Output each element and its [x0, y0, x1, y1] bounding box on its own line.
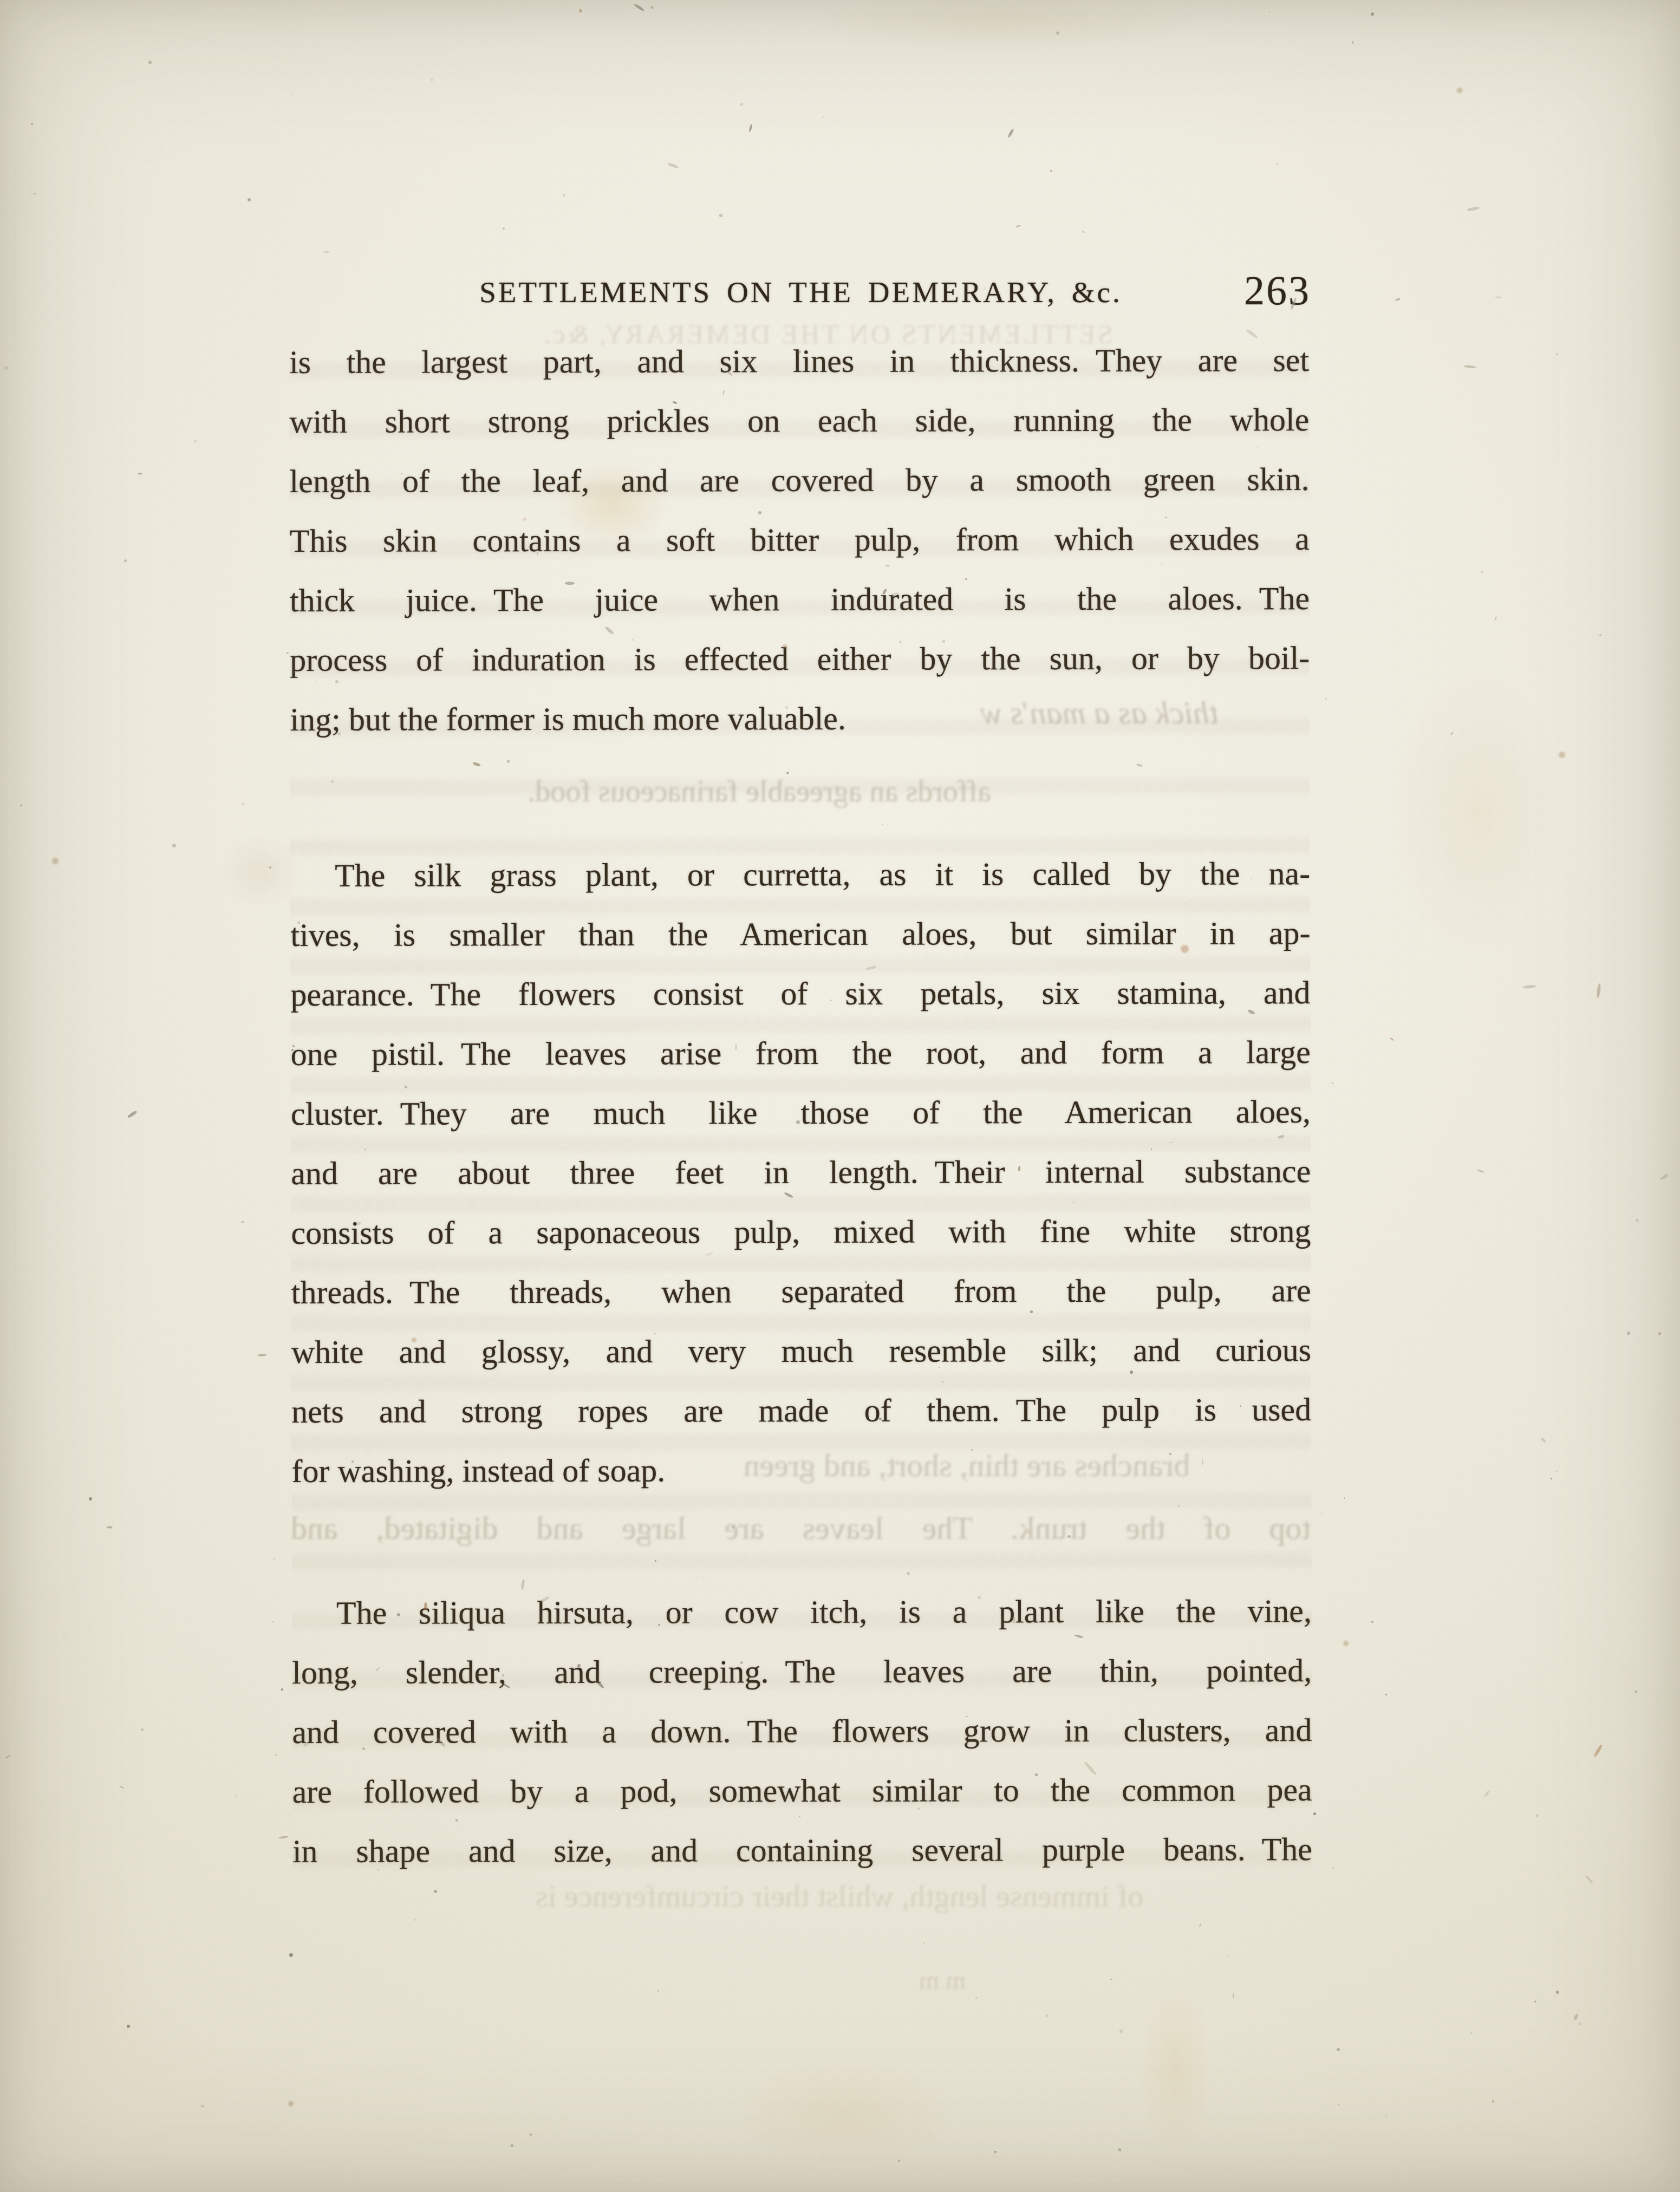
text-line: ing; but the former is much more valuabl…: [290, 688, 1310, 749]
paper-speck: [272, 310, 274, 311]
paper-speck: [563, 194, 565, 196]
paper-speck: [1050, 170, 1052, 172]
paper-speck: [740, 103, 743, 106]
paper-speck: [1233, 1993, 1234, 1999]
paper-speck: [1007, 128, 1015, 138]
paper-speck: [1495, 616, 1496, 620]
paper-speck: [1646, 132, 1647, 133]
paper-stain: [1365, 623, 1592, 1002]
paper-speck: [1579, 2023, 1581, 2025]
text-line: length of the leaf, and are covered by a…: [289, 449, 1309, 511]
foxing-spot: [288, 2101, 294, 2106]
paper-speck: [4, 366, 8, 369]
paper-speck: [291, 94, 292, 95]
paper-speck: [275, 1754, 276, 1756]
paper-speck: [975, 1997, 977, 1999]
paper-speck: [201, 2105, 204, 2108]
text-line: for washing, instead of soap.: [291, 1439, 1311, 1501]
paper-speck: [138, 473, 142, 474]
paper-speck: [1599, 634, 1601, 636]
paper-speck: [994, 2151, 997, 2154]
paper-speck: [1556, 1471, 1557, 1472]
paper-speck: [1395, 297, 1401, 302]
paper-speck: [1371, 1621, 1373, 1623]
paper-speck: [1119, 2030, 1123, 2033]
text-line: and are about three feet in length. Thei…: [291, 1141, 1311, 1203]
paper-speck: [1450, 732, 1453, 736]
paper-speck: [21, 805, 22, 806]
bleedthrough-text: of immense length, whilst their circumfe…: [395, 1878, 1284, 1914]
paper-speck: [1110, 1979, 1112, 1980]
paper-speck: [1523, 984, 1536, 989]
paper-speck: [1332, 1082, 1333, 1084]
paper-speck: [1385, 2115, 1387, 2117]
book-page-scan: SETTLEMENTS ON THE DEMERARY, &c.thick as…: [0, 0, 1680, 2192]
text-line: This skin contains a soft bitter pulp, f…: [290, 509, 1310, 571]
foxing-spot: [52, 858, 58, 864]
paper-speck: [286, 652, 289, 654]
paper-speck: [1636, 1219, 1638, 1221]
paper-speck: [1551, 1478, 1552, 1479]
paper-speck: [1593, 1744, 1603, 1758]
paper-speck: [1332, 1867, 1334, 1869]
paper-speck: [1344, 1497, 1345, 1499]
paper-speck: [31, 123, 33, 125]
paper-speck: [1467, 206, 1480, 212]
paper-speck: [1596, 983, 1601, 998]
paper-speck: [511, 2144, 513, 2147]
paper-speck: [1199, 1923, 1202, 1927]
paper-speck: [242, 804, 244, 805]
paper-speck: [898, 2160, 900, 2162]
paper-speck: [273, 1558, 276, 1560]
paper-speck: [605, 88, 607, 89]
running-head: SETTLEMENTS ON THE DEMERARY, &c. 263: [291, 275, 1311, 324]
paper-speck: [822, 116, 824, 119]
paper-speck: [1056, 31, 1059, 35]
paper-speck: [1561, 1265, 1562, 1266]
paper-speck: [278, 1836, 289, 1839]
paper-speck: [248, 198, 251, 201]
paper-speck: [579, 9, 582, 12]
paper-speck: [172, 844, 175, 847]
paper-speck: [323, 251, 330, 253]
paper-speck: [657, 1990, 659, 1992]
paper-speck: [1492, 2100, 1494, 2102]
paper-speck: [1470, 2032, 1473, 2034]
paper-speck: [1320, 1512, 1324, 1514]
paper-speck: [241, 1221, 244, 1223]
paragraph-1: is the largest part, and six lines in th…: [289, 330, 1310, 749]
paper-speck: [1385, 1694, 1387, 1695]
paragraph-3: The siliqua hirsuta, or cow itch, is a p…: [292, 1581, 1312, 1881]
text-line: in shape and size, and containing severa…: [292, 1819, 1312, 1881]
paper-speck: [667, 162, 679, 169]
paper-speck: [748, 124, 753, 132]
paper-speck: [5, 1755, 11, 1759]
paper-speck: [89, 1497, 92, 1501]
paper-speck: [503, 227, 505, 230]
bleedthrough-text: m m: [888, 1966, 997, 1995]
foxing-spot: [1457, 88, 1462, 93]
paper-speck: [650, 5, 654, 10]
paper-speck: [1276, 163, 1278, 165]
paper-speck: [1536, 1815, 1538, 1817]
paper-speck: [1556, 1991, 1559, 1993]
paper-speck: [269, 866, 271, 869]
page-number: 263: [1244, 268, 1311, 315]
paper-speck: [1313, 1812, 1316, 1815]
paper-speck: [1325, 698, 1327, 700]
paper-speck: [1464, 364, 1476, 368]
paper-speck: [1226, 2109, 1227, 2110]
text-line: process of induration is effected either…: [290, 628, 1310, 690]
running-title: SETTLEMENTS ON THE DEMERARY, &c.: [291, 275, 1311, 309]
paper-speck: [1082, 231, 1085, 234]
paper-speck: [1659, 1173, 1669, 1180]
paper-speck: [281, 1688, 283, 1691]
foxing-spot: [1559, 752, 1565, 758]
paper-speck: [1015, 225, 1020, 227]
paper-speck: [148, 61, 152, 64]
paper-speck: [1390, 1038, 1395, 1041]
paper-speck: [127, 1110, 138, 1119]
text-line: are followed by a pod, somewhat similar …: [292, 1760, 1312, 1822]
text-line: nets and strong ropes are made of them. …: [291, 1380, 1311, 1441]
paper-speck: [1338, 2104, 1339, 2105]
paper-speck: [1352, 40, 1354, 43]
paper-speck: [1495, 296, 1502, 298]
paper-speck: [272, 1621, 274, 1623]
paper-speck: [119, 1785, 124, 1788]
paper-speck: [1635, 1691, 1637, 1693]
text-line: with short strong prickles on each side,…: [289, 390, 1309, 452]
paper-speck: [127, 2025, 130, 2028]
text-line: threads. The threads, when separated fro…: [291, 1261, 1311, 1322]
paper-speck: [1371, 12, 1374, 16]
paper-speck: [1585, 1875, 1593, 1884]
paper-speck: [479, 1939, 480, 1940]
paper-speck: [1046, 2014, 1049, 2017]
paper-speck: [1337, 2048, 1340, 2051]
paper-speck: [289, 1953, 292, 1956]
text-line: and covered with a down. The flowers gro…: [292, 1700, 1312, 1762]
text-line: one pistil. The leaves arise from the ro…: [291, 1022, 1311, 1084]
paper-stain: [693, 2036, 997, 2188]
paper-stain: [731, 0, 1262, 65]
paper-stain: [1126, 1949, 1224, 2188]
paper-speck: [634, 3, 645, 11]
paper-speck: [530, 2134, 532, 2136]
paper-speck: [1534, 2000, 1536, 2002]
foxing-spot: [1343, 1641, 1349, 1646]
paper-speck: [141, 1728, 144, 1731]
paper-speck: [1269, 12, 1270, 13]
text-line: The siliqua hirsuta, or cow itch, is a p…: [292, 1581, 1312, 1643]
paper-speck: [1540, 1437, 1547, 1444]
paper-speck: [235, 1795, 237, 1798]
paper-speck: [923, 1942, 926, 1944]
paper-speck: [1556, 354, 1558, 355]
paper-speck: [258, 1354, 267, 1357]
paper-speck: [194, 440, 197, 443]
paper-speck: [124, 559, 127, 562]
page-text-column: is the largest part, and six lines in th…: [289, 330, 1312, 1881]
paragraph-2: The silk grass plant, or curretta, as it…: [290, 844, 1312, 1501]
paper-speck: [63, 1634, 65, 1635]
paper-speck: [430, 78, 433, 81]
text-line: white and glossy, and very much resemble…: [291, 1320, 1311, 1382]
paper-speck: [1227, 1956, 1228, 1958]
paper-speck: [1573, 2014, 1579, 2021]
text-line: long, slender, and creeping. The leaves …: [292, 1641, 1312, 1702]
text-line: tives, is smaller than the American aloe…: [290, 903, 1310, 965]
paper-speck: [1481, 571, 1483, 573]
paper-speck: [34, 193, 35, 194]
text-line: thick juice. The juice when indurated is…: [290, 569, 1310, 630]
paper-speck: [1118, 2148, 1122, 2151]
paper-speck: [129, 1546, 130, 1547]
paper-speck: [719, 214, 722, 217]
paper-speck: [1484, 1790, 1490, 1798]
paper-speck: [1627, 1332, 1630, 1335]
text-line: is the largest part, and six lines in th…: [289, 330, 1309, 392]
text-line: The silk grass plant, or curretta, as it…: [290, 844, 1310, 905]
text-line: cluster. They are much like those of the…: [291, 1082, 1311, 1144]
paper-speck: [1658, 1332, 1661, 1335]
paper-speck: [1477, 1169, 1484, 1173]
text-line: pearance. The flowers consist of six pet…: [290, 963, 1310, 1025]
text-line: consists of a saponaceous pulp, mixed wi…: [291, 1201, 1311, 1263]
paper-speck: [106, 1526, 112, 1529]
paper-speck: [414, 1919, 416, 1921]
